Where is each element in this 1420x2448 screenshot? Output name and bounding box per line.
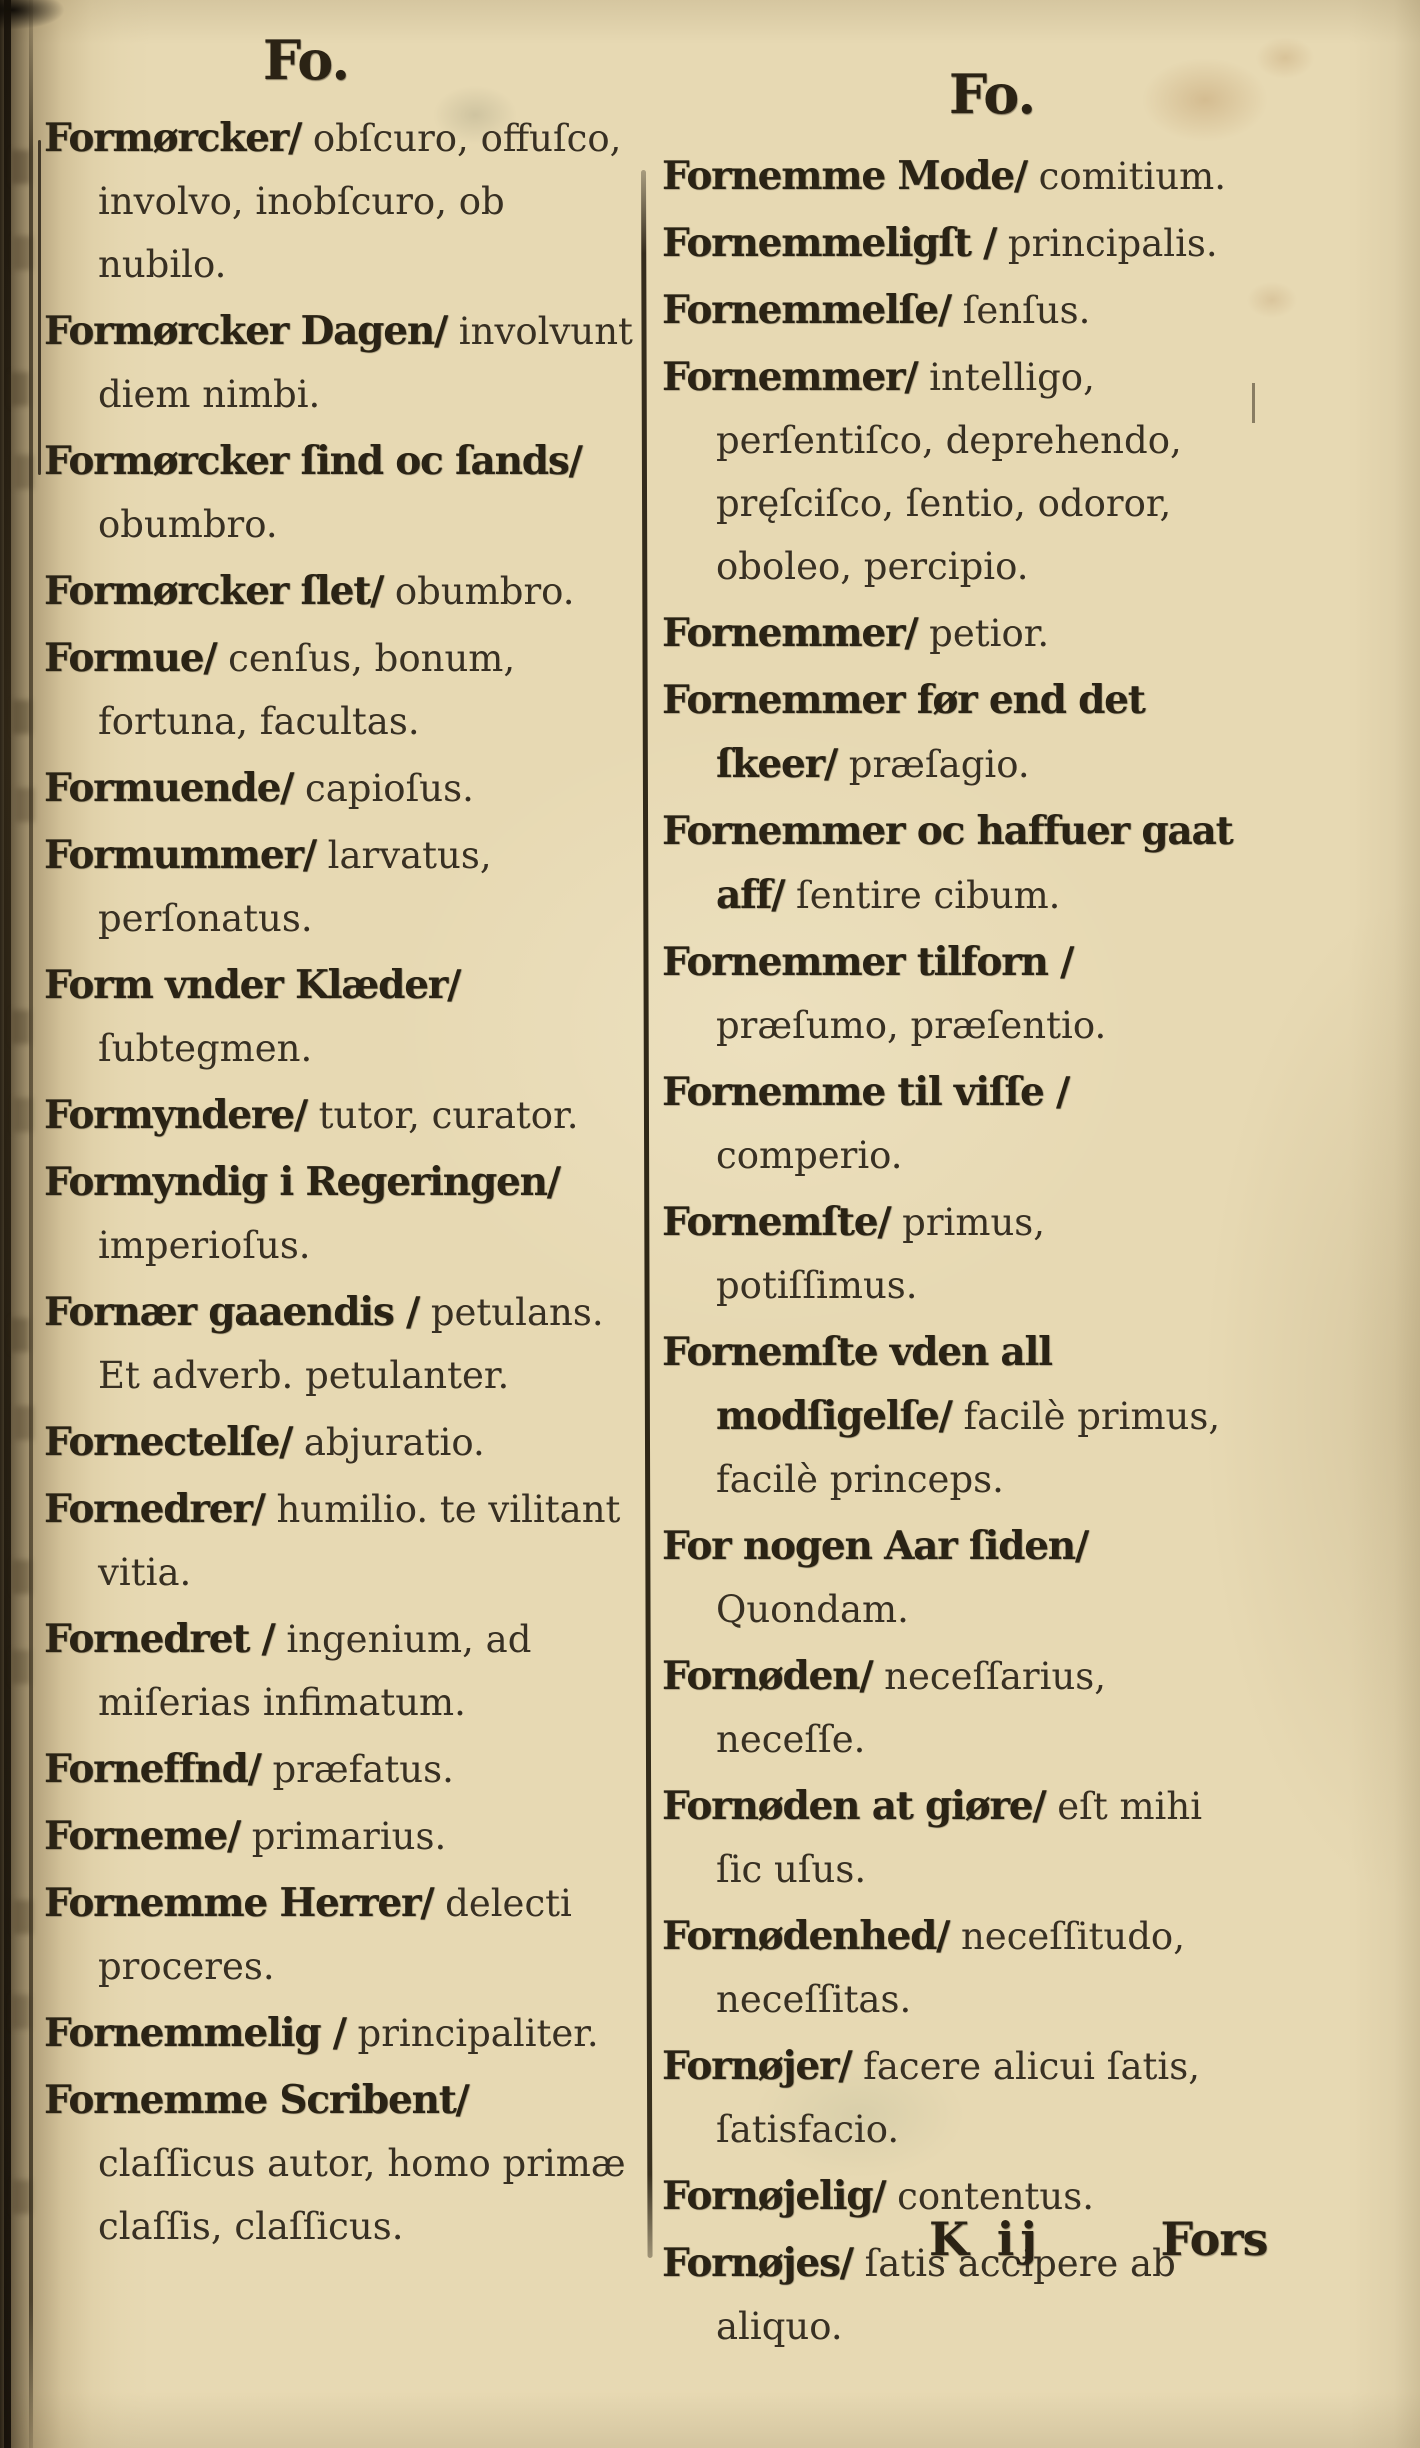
headword-danish: Fornødenhed/ [662,1913,949,1959]
dictionary-entry: Forneme/ primarius. [44,1808,634,1872]
bleedthrough-marks [10,0,28,34]
headword-danish: Fornemme til viſſe / [662,1069,1069,1115]
definition-latin: capioſus. [293,767,474,810]
dictionary-entry: Fornemmelſe/ ſenſus. [662,282,1244,346]
headword-danish: Formue/ [44,635,216,681]
headword-danish: Formyndig i Regeringen/ [44,1159,560,1205]
headword-danish: Formørcker/ [44,115,301,161]
dictionary-entry: Formørcker Dagen/ involvunt diem nimbi. [44,303,634,430]
stray-ink-mark [1252,383,1255,423]
catchword: Fors [1161,2212,1268,2266]
dictionary-entry: Forneffnd/ præfatus. [44,1741,634,1805]
dictionary-entry: Fornøden/ neceſſarius, neceſſe. [662,1648,1244,1775]
dictionary-entry: Formue/ cenſus, bonum, fortuna, facultas… [44,630,634,757]
book-page: Fo. Fo. Formørcker/ obſcuro, offuſco, in… [0,0,1420,2448]
binding-edge [4,0,11,2448]
definition-latin: imperioſus. [98,1224,311,1267]
headword-danish: Fornøden/ [662,1653,872,1699]
headword-danish: Fornemme Herrer/ [44,1880,433,1926]
dictionary-entry: Fornemmer/ petior. [662,605,1244,669]
dictionary-entry: Fornectelſe/ abjuratio. [44,1414,634,1478]
headword-danish: Fornemmer/ [662,610,917,656]
dictionary-entry: Formyndere/ tutor, curator. [44,1087,634,1151]
dictionary-entry: Fornemmeligſt / principalis. [662,215,1244,279]
running-head-right: Fo. [949,62,1035,126]
dictionary-entry: Fornemme til viſſe / comperio. [662,1064,1244,1191]
dictionary-entry: Fornøjer/ facere alicui ſatis, ſatisfaci… [662,2038,1244,2165]
headword-danish: For nogen Aar ſiden/ [662,1523,1088,1569]
definition-latin: ſenſus. [951,289,1090,332]
headword-danish: Fornemmelſe/ [662,287,951,333]
headword-danish: Formørcker ſind oc ſands/ [44,438,582,484]
headword-danish: Forneme/ [44,1813,240,1859]
dictionary-entry: Fornemmelig / principaliter. [44,2005,634,2069]
dictionary-entry: Formummer/ larvatus, perſonatus. [44,827,634,954]
dictionary-entry: Fornemmer oc haffuer gaat aff/ ſentire c… [662,803,1244,931]
dictionary-entry: Formørcker/ obſcuro, offuſco, involvo, i… [44,110,634,300]
dictionary-entry: Fornedrer/ humilio. te vilitant vitia. [44,1481,634,1608]
dictionary-entry: Fornær gaaendis / petulans. Et adverb. p… [44,1284,634,1411]
headword-danish: Fornemmelig / [44,2010,346,2056]
headword-danish: Fornemme Mode/ [662,153,1027,199]
dictionary-entry: Formuende/ capioſus. [44,760,634,824]
headword-danish: Forneffnd/ [44,1746,261,1792]
headword-danish: Formyndere/ [44,1092,307,1138]
definition-latin: petior. [917,612,1049,655]
headword-danish: Formummer/ [44,832,316,878]
headword-danish: Form vnder Klæder/ [44,962,460,1008]
definition-latin: abjuratio. [292,1421,485,1464]
headword-danish: Fornemmer/ [662,354,917,400]
dictionary-entry: Fornedret / ingenium, ad miſerias infima… [44,1611,634,1738]
headword-danish: Fornemmer tilforn / [662,939,1073,985]
headword-danish: Formørcker Dagen/ [44,308,447,354]
definition-latin: principalis. [996,222,1218,265]
page-footer: K ij Fors [0,2212,1420,2292]
right-column: Fornemme Mode/ comitium.Fornemmeligſt / … [662,148,1244,2365]
dictionary-entry: Fornemſte/ primus, potiſſimus. [662,1194,1244,1321]
headword-danish: Formørcker ſlet/ [44,568,383,614]
definition-latin: tutor, curator. [307,1094,579,1137]
definition-latin: principaliter. [346,2012,599,2055]
left-column: Formørcker/ obſcuro, offuſco, involvo, i… [44,110,634,2265]
headword-danish: Fornær gaaendis / [44,1289,419,1335]
definition-latin: comperio. [716,1134,903,1177]
margin-rule [38,140,41,475]
headword-danish: Fornemme Scribent/ [44,2077,469,2123]
dictionary-entry: Fornemme Mode/ comitium. [662,148,1244,212]
dictionary-entry: Fornemmer før end det ſkeer/ præſagio. [662,672,1244,800]
signature-mark: K ij [929,2212,1043,2266]
headword-danish: Fornedrer/ [44,1486,265,1532]
dictionary-entry: Fornemſte vden all modſigelſe/ facilè pr… [662,1324,1244,1515]
headword-danish: Fornemſte/ [662,1199,890,1245]
headword-danish: Fornemmeligſt / [662,220,996,266]
dictionary-entry: Form vnder Klæder/ ſubtegmen. [44,957,634,1084]
headword-danish: Fornøjer/ [662,2043,851,2089]
dictionary-entry: Formyndig i Regeringen/ imperioſus. [44,1154,634,1281]
definition-latin: obumbro. [98,503,278,546]
dictionary-entry: Formørcker ſlet/ obumbro. [44,563,634,627]
definition-latin: Quondam. [716,1588,909,1631]
headword-danish: Fornectelſe/ [44,1419,292,1465]
headword-danish: Fornedret / [44,1616,275,1662]
definition-latin: obumbro. [383,570,574,613]
definition-latin: præfatus. [261,1748,454,1791]
dictionary-entry: For nogen Aar ſiden/ Quondam. [662,1518,1244,1645]
headword-danish: Fornøden at giøre/ [662,1783,1045,1829]
definition-latin: ſubtegmen. [98,1027,312,1070]
dictionary-entry: Fornemmer tilforn / præſumo, præſentio. [662,934,1244,1061]
page-fold-line [29,0,33,2448]
definition-latin: comitium. [1027,155,1226,198]
dictionary-entry: Fornøden at giøre/ eſt mihi ſic uſus. [662,1778,1244,1905]
column-divider-rule [641,170,653,2258]
headword-danish: Formuende/ [44,765,293,811]
dictionary-entry: Formørcker ſind oc ſands/ obumbro. [44,433,634,560]
dictionary-entry: Fornemme Herrer/ delecti proceres. [44,1875,634,2002]
definition-latin: præſagio. [837,743,1030,786]
dictionary-entry: Fornødenhed/ neceſſitudo, neceſſitas. [662,1908,1244,2035]
definition-latin: præſumo, præſentio. [716,1004,1106,1047]
definition-latin: primarius. [240,1815,446,1858]
running-head-left: Fo. [263,28,349,92]
definition-latin: ſentire cibum. [784,874,1060,917]
dictionary-entry: Fornemmer/ intelligo, perſentiſco, depre… [662,349,1244,602]
